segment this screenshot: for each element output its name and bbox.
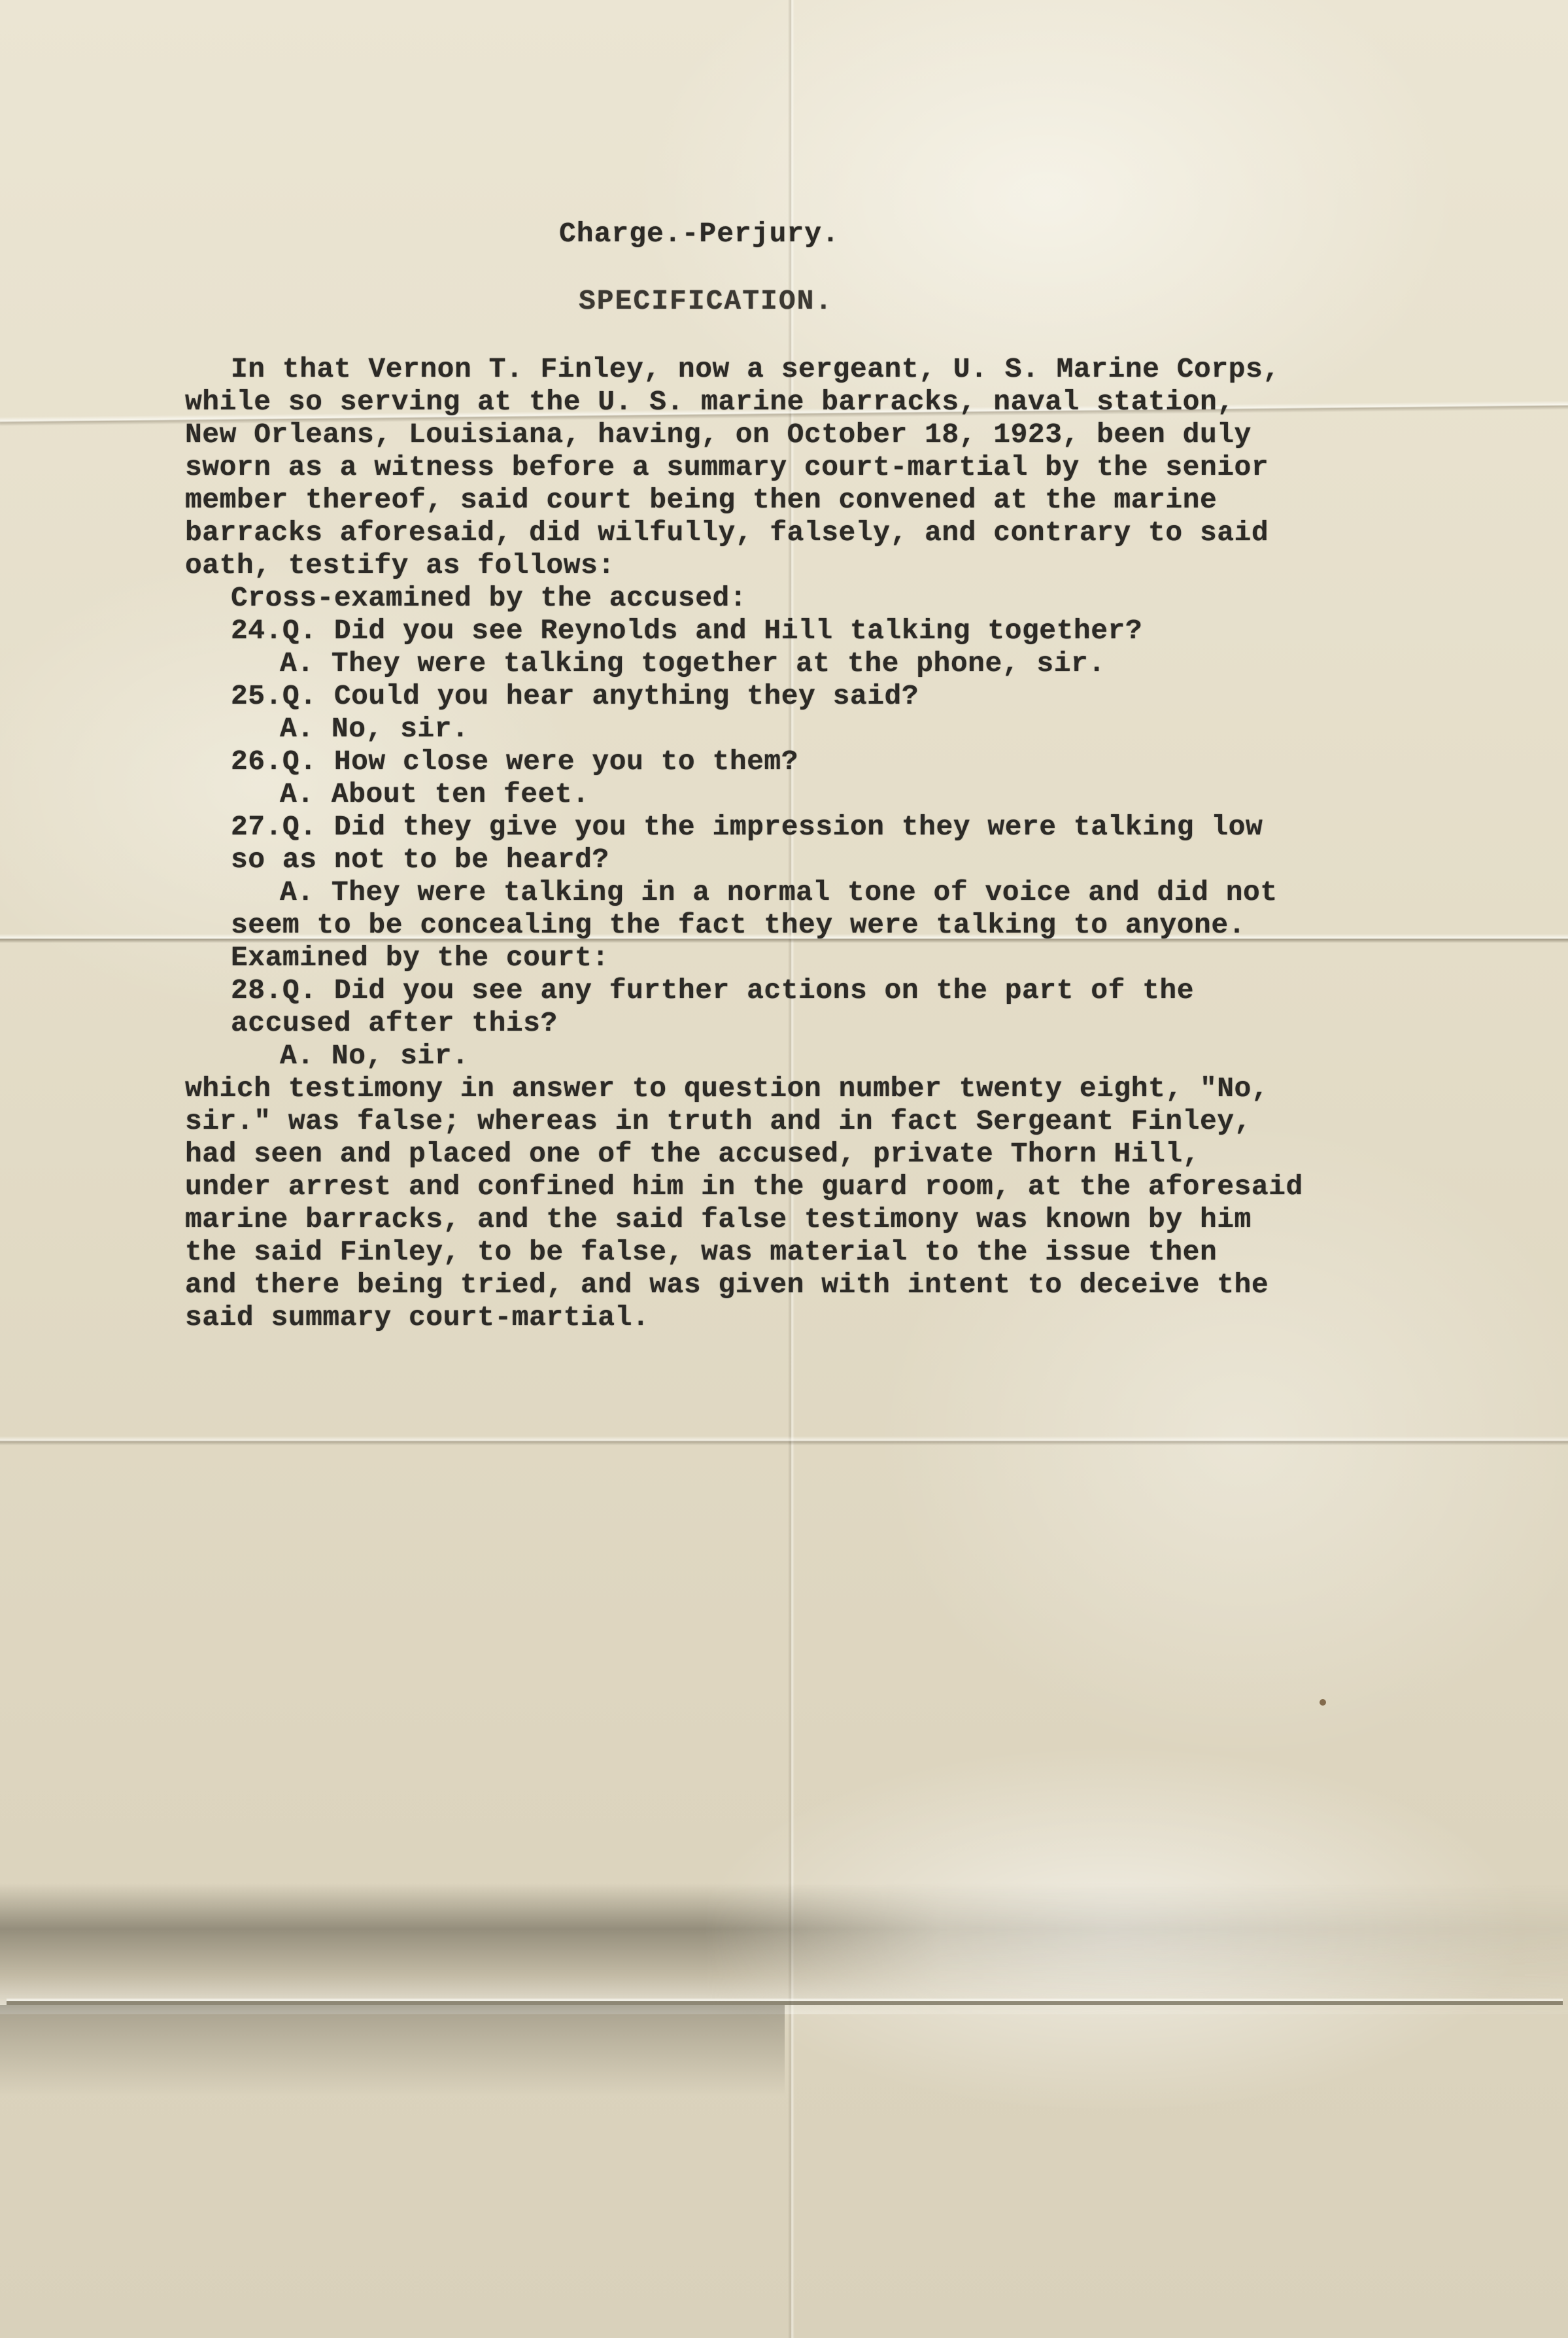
text-line: sir." was false; whereas in truth and in… [185,1105,1493,1138]
text-line: which testimony in answer to question nu… [185,1073,1493,1105]
fold-shadow [0,2005,785,2097]
text-line: member thereof, said court being then co… [185,484,1493,517]
question-line: 27.Q. Did they give you the impression t… [185,811,1493,844]
question-line: 24.Q. Did you see Reynolds and Hill talk… [185,615,1493,647]
question-line: so as not to be heard? [185,844,1493,876]
answer-line: A. They were talking together at the pho… [185,647,1493,680]
question-25: 25.Q. Could you hear anything they said?… [185,680,1493,746]
text-line: had seen and placed one of the accused, … [185,1138,1493,1171]
text-line: barracks aforesaid, did wilfully, falsel… [185,517,1493,549]
text-line: sworn as a witness before a summary cour… [185,451,1493,484]
text-line: In that Vernon T. Finley, now a sergeant… [185,353,1493,386]
fold-shadow [0,1883,1568,2014]
text-line: marine barracks, and the said false test… [185,1203,1493,1236]
text-line: while so serving at the U. S. marine bar… [185,386,1493,419]
intro-paragraph: In that Vernon T. Finley, now a sergeant… [185,353,1493,582]
question-line: 25.Q. Could you hear anything they said? [185,680,1493,713]
specification-heading: SPECIFICATION. [579,285,833,318]
text-line: the said Finley, to be false, was materi… [185,1236,1493,1269]
question-26: 26.Q. How close were you to them? A. Abo… [185,746,1493,811]
answer-line: A. No, sir. [185,1040,1493,1073]
text-line: oath, testify as follows: [185,549,1493,582]
answer-line: seem to be concealing the fact they were… [185,909,1493,942]
question-line: 26.Q. How close were you to them? [185,746,1493,778]
question-line: accused after this? [185,1007,1493,1040]
cross-examination-label: Cross-examined by the accused: [185,582,1493,615]
answer-line: A. They were talking in a normal tone of… [185,876,1493,909]
document-body: In that Vernon T. Finley, now a sergeant… [185,353,1493,1334]
court-examination-label: Examined by the court: [185,942,1493,974]
text-line: under arrest and confined him in the gua… [185,1171,1493,1203]
question-28: 28.Q. Did you see any further actions on… [185,974,1493,1073]
conclusion-paragraph: which testimony in answer to question nu… [185,1073,1493,1334]
question-line: 28.Q. Did you see any further actions on… [185,974,1493,1007]
question-24: 24.Q. Did you see Reynolds and Hill talk… [185,615,1493,680]
answer-line: A. No, sir. [185,713,1493,746]
answer-line: A. About ten feet. [185,778,1493,811]
question-27: 27.Q. Did they give you the impression t… [185,811,1493,942]
horizontal-fold-crease [0,1436,1568,1445]
ink-spot [1320,1699,1326,1706]
text-line: said summary court-martial. [185,1301,1493,1334]
charge-heading: Charge.-Perjury. [559,218,840,250]
text-line: New Orleans, Louisiana, having, on Octob… [185,419,1493,451]
text-line: and there being tried, and was given wit… [185,1269,1493,1301]
